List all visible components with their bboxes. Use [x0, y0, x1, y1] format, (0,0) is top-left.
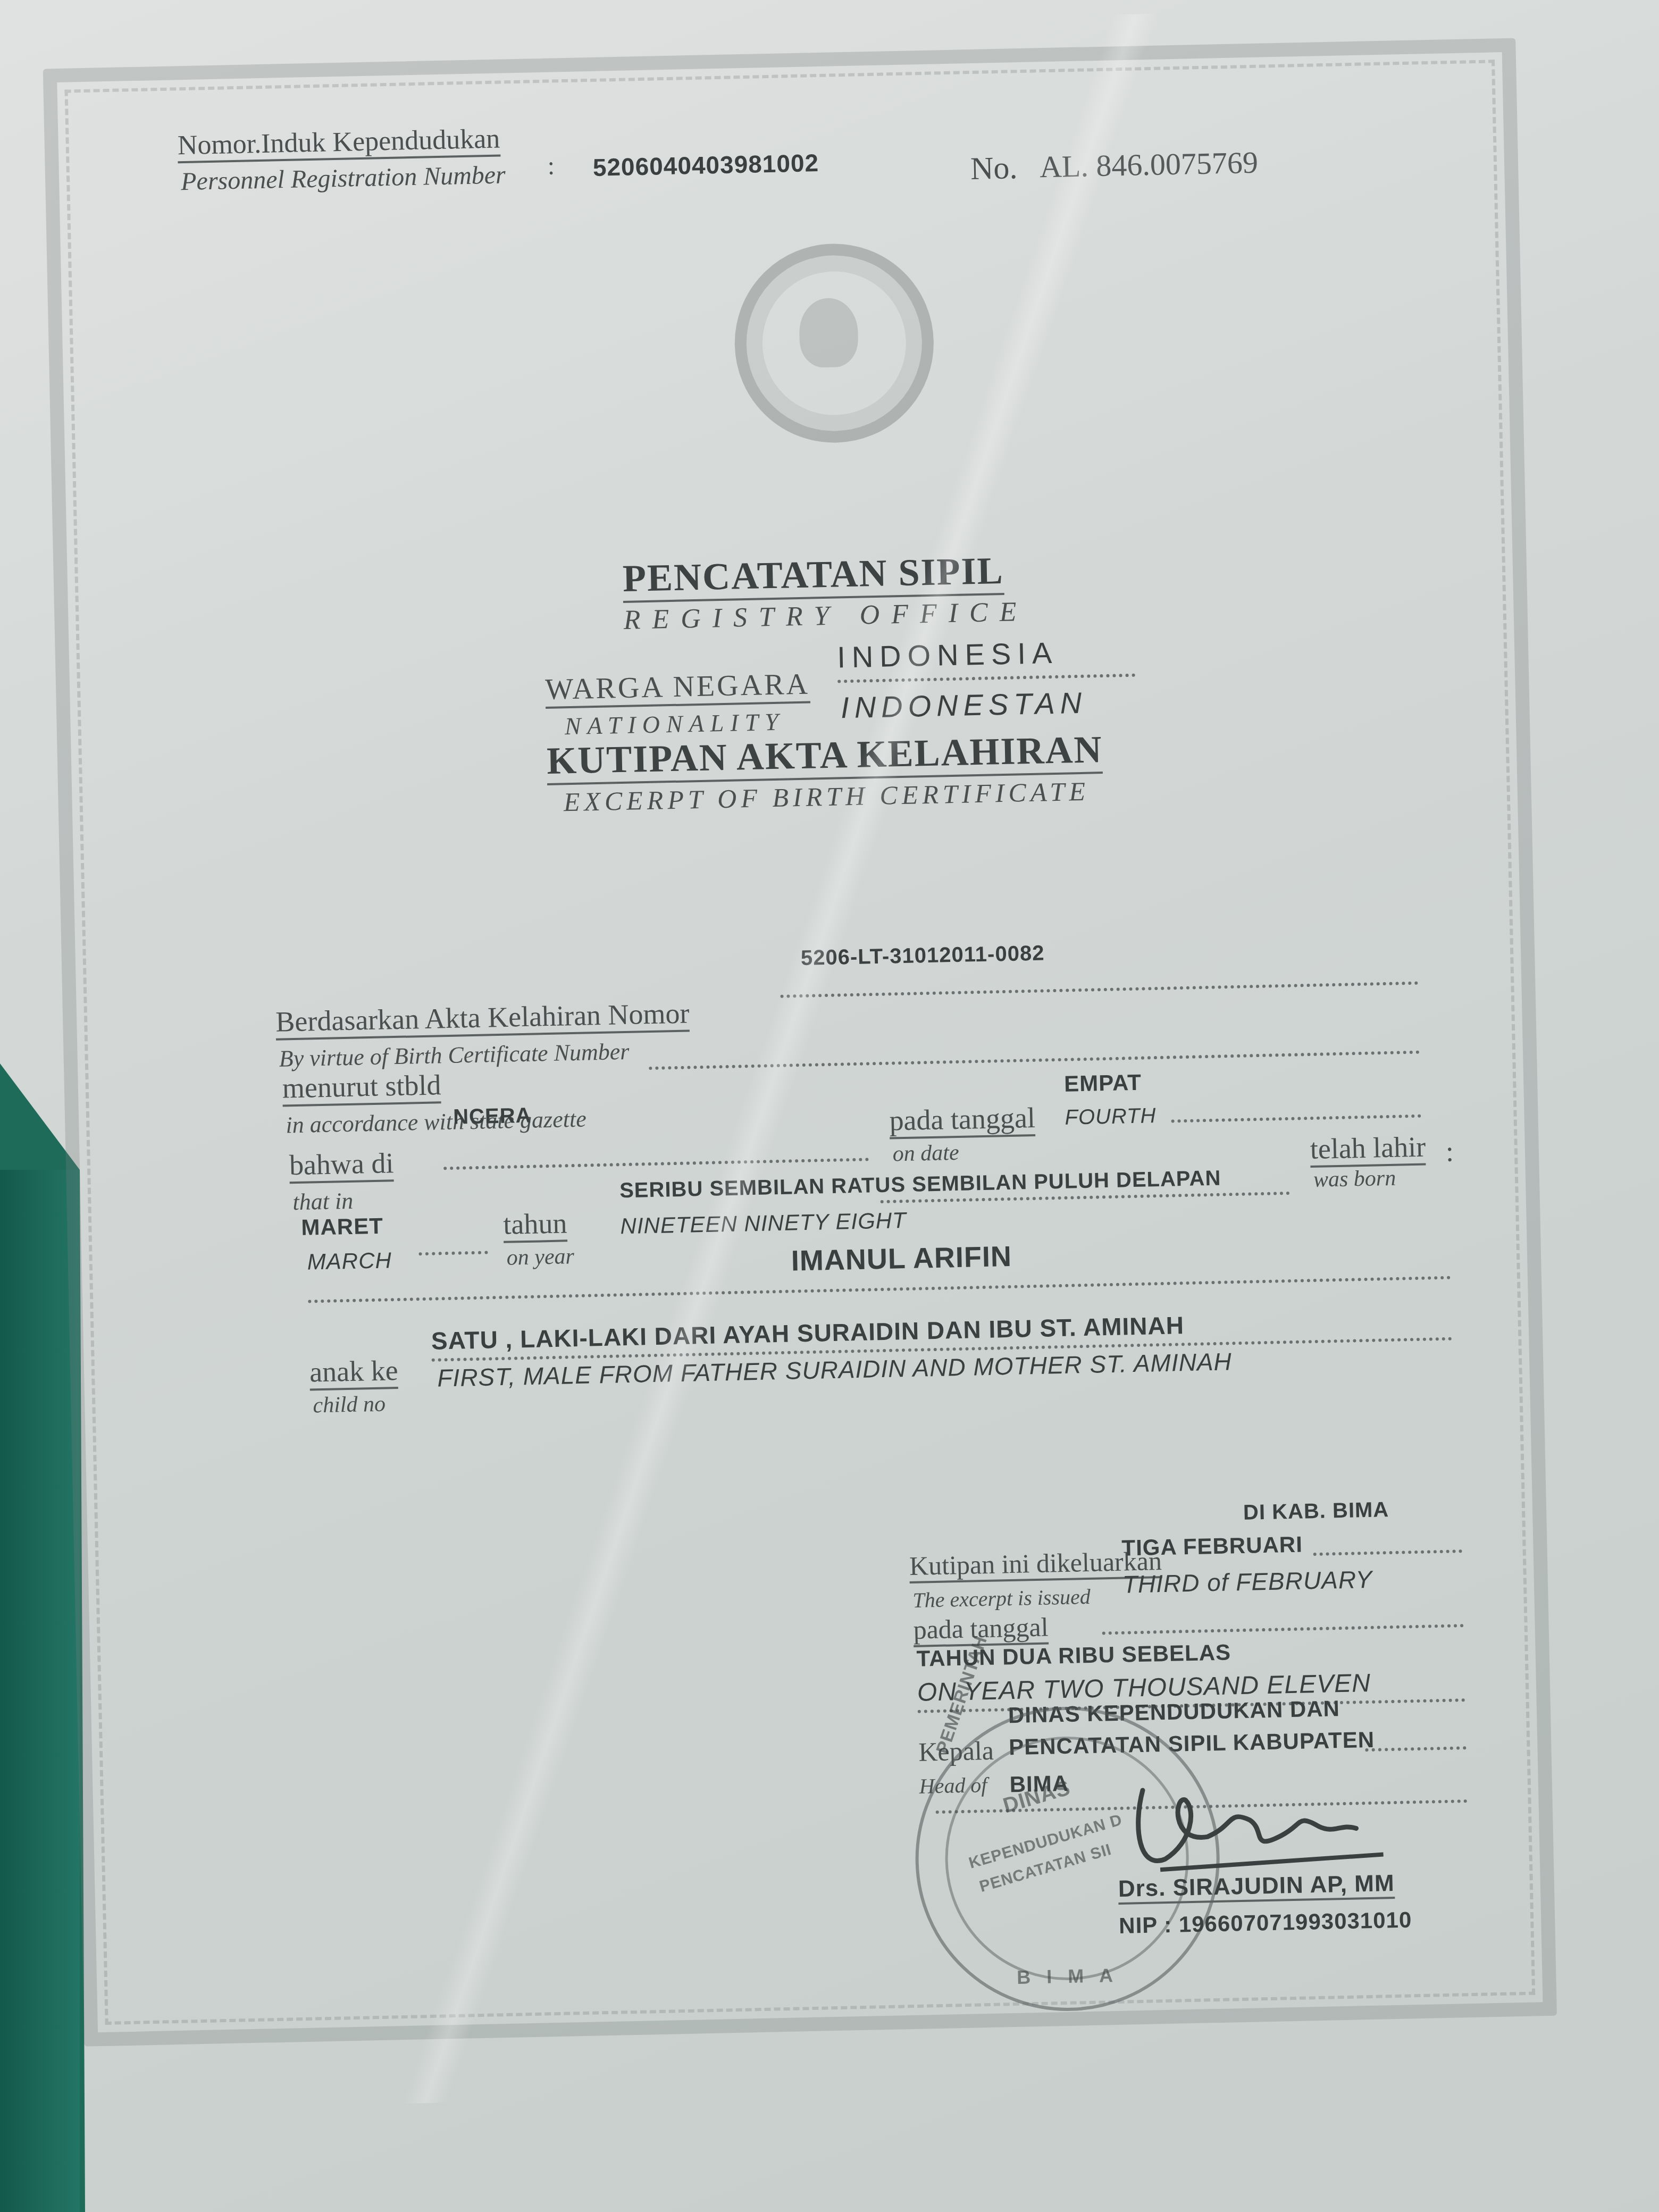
year-label-id: tahun [503, 1206, 567, 1243]
signatory-name: Drs. SIRAJUDIN AP, MM [1118, 1870, 1395, 1905]
nik-separator: : [547, 151, 555, 180]
date-label-id: pada tanggal [889, 1101, 1036, 1139]
seal-ring-bottom: B I M A [1017, 1964, 1118, 1989]
nik-label-id: Nomor.Induk Kependudukan [177, 123, 500, 164]
birth-month-value-id: MARET [301, 1213, 383, 1241]
birth-place-value: NCERA [453, 1104, 532, 1129]
born-label-id: telah lahir [1310, 1130, 1426, 1168]
date-label-en: on date [892, 1140, 959, 1167]
signature-icon [1127, 1774, 1405, 1887]
cert-number-value: 5206-LT-31012011-0082 [801, 941, 1045, 970]
nationality-label-id: WARGA NEGARA [545, 667, 810, 709]
issued-date-value-en: THIRD of FEBRUARY [1122, 1565, 1372, 1599]
born-separator: : [1445, 1135, 1454, 1168]
child-no-label-en: child no [313, 1392, 386, 1419]
child-name-value: IMANUL ARIFIN [791, 1240, 1012, 1278]
issued-label-en: The excerpt is issued [912, 1584, 1091, 1613]
nationality-value-en: INDONESTAN [841, 685, 1087, 725]
birth-certificate: Nomor.Induk Kependudukan Personnel Regis… [26, 6, 1579, 2111]
year-label-en: on year [506, 1244, 574, 1271]
office-title-id: PENCATATAN SIPIL [622, 549, 1004, 603]
place-label-id: bahwa di [289, 1146, 394, 1184]
birth-month-value-en: MARCH [307, 1247, 392, 1275]
issued-date-value-id: TIGA FEBRUARI [1121, 1532, 1303, 1561]
birth-date-value-en: FOURTH [1065, 1104, 1157, 1130]
nik-value: 5206040403981002 [592, 148, 819, 182]
born-label-en: was born [1313, 1166, 1396, 1193]
place-label-en: that in [292, 1187, 354, 1216]
stbld-label-id: menurut stbld [282, 1068, 441, 1107]
birth-date-value-id: EMPAT [1064, 1070, 1142, 1097]
issued-place-value: DI KAB. BIMA [1243, 1498, 1389, 1525]
serial-value: AL. 846.0075769 [1039, 145, 1258, 185]
nationality-value-id: INDONESIA [837, 635, 1059, 675]
child-no-label-id: anak ke [309, 1354, 399, 1390]
serial-label: No. [970, 149, 1018, 187]
